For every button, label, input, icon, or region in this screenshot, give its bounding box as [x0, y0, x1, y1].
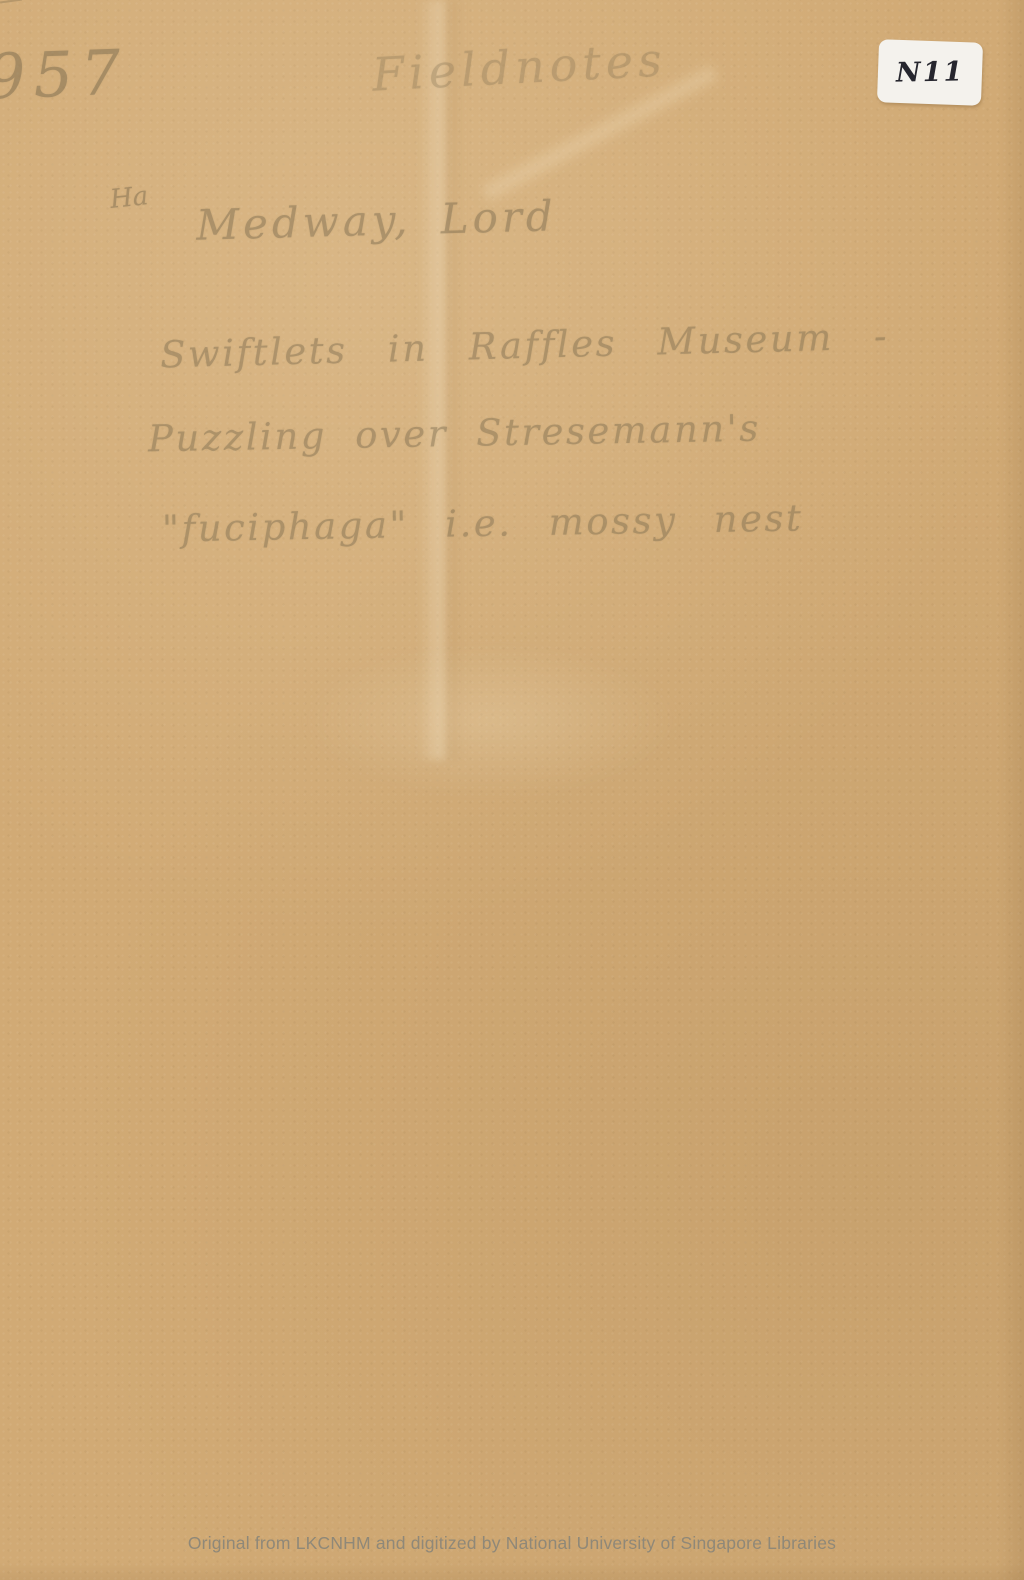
notebook-cover-scan: 957 Fieldnotes N11 Ha Medway, Lord Swift… — [0, 0, 1024, 1580]
label-sticker: N11 — [877, 39, 983, 106]
note-line: Swiftlets in Raffles Museum - — [160, 314, 890, 376]
digitization-watermark: Original from LKCNHM and digitized by Na… — [0, 1533, 1024, 1554]
catalog-number: 957 — [0, 36, 130, 114]
stray-pencil-mark — [0, 0, 22, 4]
label-text: N11 — [896, 56, 965, 88]
author-line: Medway, Lord — [195, 191, 557, 249]
note-line: Puzzling over Stresemann's — [148, 407, 761, 461]
paper-sheen — [300, 640, 680, 800]
note-line: "fuciphaga" i.e. mossy nest — [162, 496, 804, 550]
paper-crease — [418, 0, 464, 760]
page-title: Fieldnotes — [371, 32, 668, 101]
page-edge-shadow — [998, 0, 1024, 1580]
annotation-mark: Ha — [109, 181, 150, 215]
page-edge-shadow — [0, 1562, 1024, 1580]
